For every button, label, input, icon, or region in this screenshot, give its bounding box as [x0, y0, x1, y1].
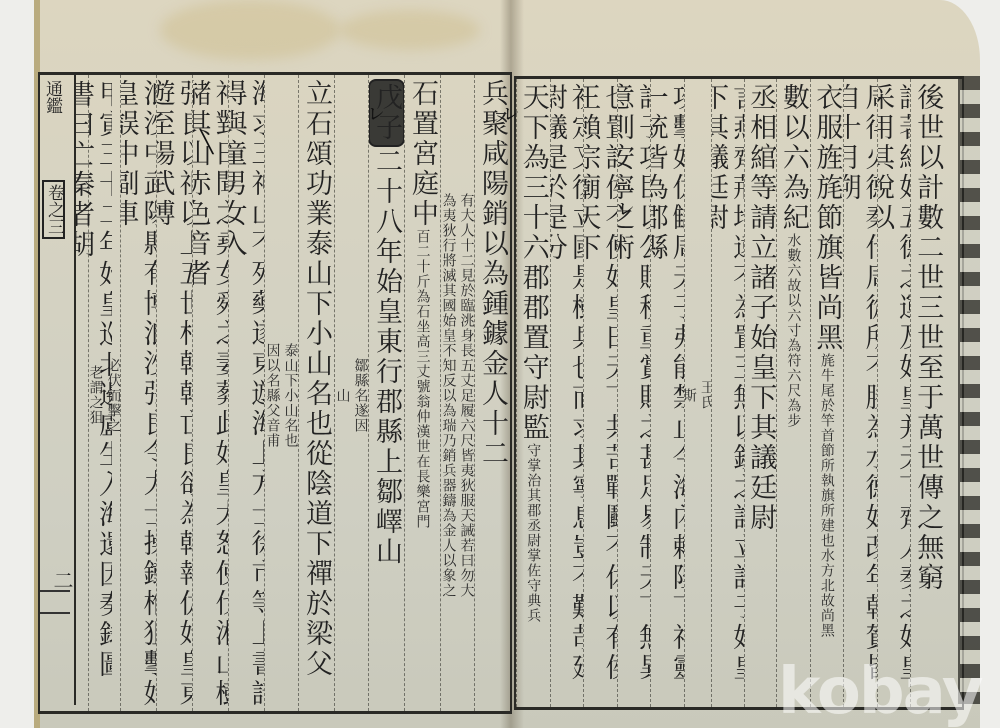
right-page-frame: 後世以計數二世三世至于萬世傳之無窮 論著終始五德之運及始皇并天下齊人奏之始皇采用… [514, 76, 964, 710]
right-page-columns: 後世以計數二世三世至于萬世傳之無窮 論著終始五德之運及始皇并天下齊人奏之始皇采用… [516, 79, 944, 707]
annotation-column: 王氏 斯 [684, 79, 711, 707]
left-page-columns: 兵聚咸陽銷以為鍾鐻金人十二 有大人十二見於臨洮身長五丈足履六尺皆夷狄服天誡若曰勿… [76, 75, 510, 711]
text-column: 石置宮庭中 百二十斤為石坐高三丈號翁仲漢世在長樂宮門 [404, 75, 440, 711]
watermark: kobay [778, 655, 982, 728]
paper-stain [340, 10, 480, 50]
text-column: 立石頌功業泰山下小山名也從陰道下禪於梁父 [298, 75, 334, 711]
text-column: 周得火德秦代周從所不勝為水德始改年朝賀皆自十月朔 [843, 79, 877, 707]
text-column: 戊子 二十八年始皇東行郡縣上鄒嶧山 [368, 75, 404, 711]
margin-page-number: 二 [48, 570, 77, 590]
text-column: 浪沙中武陽縣有博浪沙張良令力士操鐵椎狙擊始皇誤中副車 [120, 75, 156, 711]
text-column: 也置諸侯不便始皇曰天下共苦戰鬬不休以有侯王賴宗廟天下 [583, 79, 617, 707]
margin-volume: 卷之三 [42, 180, 65, 239]
text-column: 後世以計數二世三世至于萬世傳之無窮 [910, 79, 944, 707]
right-edge-margin [958, 76, 980, 704]
handwritten-mark: ㇾ [365, 95, 387, 126]
text-column: 諸子功臣以公賦稅重賞賜之甚足易制天下無異意則安寧之術 [617, 79, 651, 707]
text-column: 言燕齊荊地遠不為置王無以鎮之請立諸子始皇下其議廷尉 [711, 79, 745, 707]
text-column: 兵聚咸陽銷以為鍾鐻金人十二 [474, 75, 510, 711]
fishtail-mark-icon [40, 590, 70, 614]
annotation-column: 泰山下小山名也 因以名縣父音甫 [264, 75, 298, 711]
handwritten-mark: ㇾ [500, 95, 522, 126]
handwritten-mark: ㇾ [615, 190, 637, 221]
text-column: 數以六為紀 水數六故以六寸為符六尺為步 [776, 79, 810, 707]
margin-title: 通鑑 [42, 80, 61, 114]
annotation-column: 有大人十二見於臨洮身長五丈足履六尺皆夷狄服天誡若曰勿大 為夷狄行將滅其國始皇不知… [440, 75, 474, 711]
text-column: 論著終始五德之運及始皇并天下齊人奏之始皇采用其說以 [877, 79, 911, 707]
text-column: 丞相綰等請立諸子始皇下其議廷尉 [744, 79, 776, 707]
text-column: 海求三神山不死藥遂東遊海上方士徐市等上書請得與童男女入 [228, 75, 264, 711]
text-column: 攻擊如仇讎周天子弗能禁止今海內賴陛下神靈一統皆為郡縣 [650, 79, 684, 707]
text-column: 衣服旌旄節旗皆尚黑 旄牛尾於竿首節所執旗所建也水方北故尚黑 [810, 79, 844, 707]
handwritten-mark: ╲ [200, 130, 213, 155]
paper-stain [160, 0, 340, 60]
annotation-column: 鄒縣名遂因 山 [334, 75, 368, 711]
text-column: 張良以祖以上五世相韓韓亡良欲為韓報仇始皇東遊至陽武博 [156, 75, 192, 711]
text-column: 初定又復立國是樹兵也而求其寧息豈不難哉廷尉議是於是分 [550, 79, 584, 707]
text-column: 甲寅三十二年始皇巡北邊盧生入海還因奏錄圖書曰亡秦者胡 [76, 76, 112, 704]
text-column: 天下為三十六郡郡置守尉監 守掌治其郡丞尉掌佐守典兵 [516, 79, 550, 707]
text-column: 神對曰聞之堯女舜之妻葬此始皇大怒使伐湘山樹赭其山赤色音者 [192, 75, 228, 711]
